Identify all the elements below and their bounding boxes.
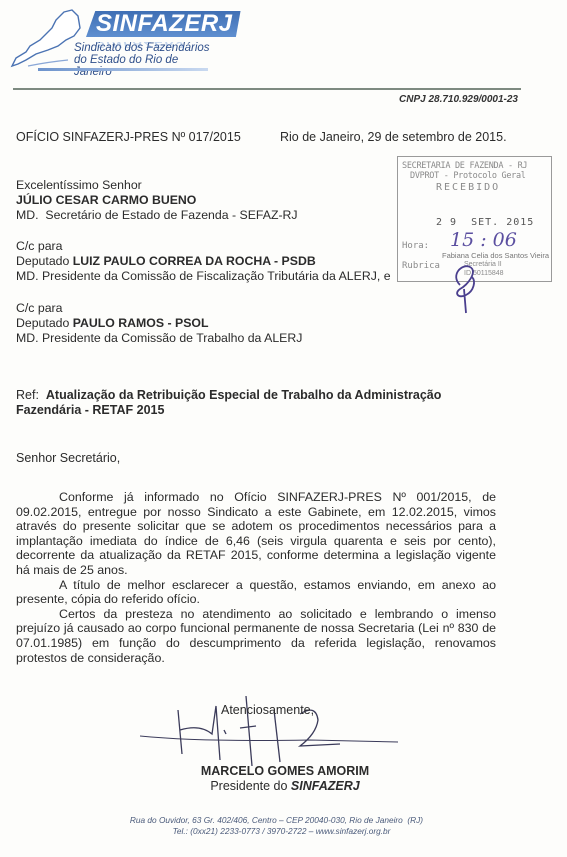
addressee-primary: Excelentíssimo Senhor JÚLIO CESAR CARMO … (16, 178, 298, 223)
cnpj-number: CNPJ 28.710.929/0001-23 (0, 94, 518, 105)
addressee-prefix: Deputado (16, 316, 73, 330)
addressee-cc-1: C/c para Deputado LUIZ PAULO CORREA DA R… (16, 239, 391, 284)
header-divider (13, 88, 521, 90)
addressee-name: JÚLIO CESAR CARMO BUENO (16, 193, 298, 208)
stamp-handwritten-time: 15 : 06 (450, 229, 517, 251)
signer-organization: SINFAZERJ (291, 779, 360, 793)
stamp-date: 2 9 SET. 2015 (436, 217, 534, 228)
addressee-name: LUIZ PAULO CORREA DA ROCHA - PSDB (73, 254, 316, 268)
footer-contact: Tel.: (0xx21) 2233-0773 / 3970-2722 – ww… (0, 826, 567, 836)
addressee-greeting: Excelentíssimo Senhor (16, 178, 298, 193)
stamp-hora-label: Hora: (402, 241, 429, 251)
signer-name: MARCELO GOMES AMORIM (180, 764, 380, 778)
addressee-name: PAULO RAMOS - PSOL (73, 316, 209, 330)
addressee-role: MD. Secretário de Estado de Fazenda - SE… (16, 208, 298, 223)
stamp-division: DVPROT - Protocolo Geral (410, 171, 526, 181)
reference-subject: Ref: Atualização da Retribuição Especial… (16, 388, 496, 418)
stamp-department: SECRETARIA DE FAZENDA - RJ (402, 161, 527, 171)
reference-text: Atualização da Retribuição Especial de T… (16, 388, 441, 417)
addressee-role: MD. Presidente da Comissão de Fiscalizaç… (16, 269, 391, 284)
addressee-greeting: C/c para (16, 239, 391, 254)
stamp-rubrica-label: Rubrica (402, 261, 440, 271)
body-paragraph: A título de melhor esclarecer a questão,… (16, 578, 496, 607)
letter-body: Conforme já informado no Ofício SINFAZER… (16, 490, 496, 665)
footer-address: Rua do Ouvidor, 63 Gr. 402/406, Centro –… (0, 815, 567, 825)
salutation: Senhor Secretário, (16, 451, 120, 465)
signer-position: Presidente do (210, 779, 291, 793)
addressee-role: MD. Presidente da Comissão de Trabalho d… (16, 331, 302, 346)
addressee-prefix: Deputado (16, 254, 73, 268)
subtitle-line-1: Sindicato dos Fazendários (74, 42, 210, 54)
document-reference-number: OFÍCIO SINFAZERJ-PRES Nº 017/2015 (16, 130, 241, 144)
brand-name: SINFAZERJ (86, 11, 241, 37)
place-and-date: Rio de Janeiro, 29 de setembro de 2015. (280, 130, 507, 144)
subtitle-line-2: do Estado do Rio de Janeiro (74, 54, 218, 78)
letterhead-logo: SINFAZERJ SINFAZERJ Sindicato dos Fazend… (8, 6, 218, 70)
handwritten-initials-icon (448, 255, 488, 315)
body-paragraph: Certos da presteza no atendimento ao sol… (16, 607, 496, 665)
logo-underbar (38, 68, 208, 71)
handwritten-signature-icon (140, 690, 400, 770)
addressee-greeting: C/c para (16, 301, 302, 316)
body-paragraph: Conforme já informado no Ofício SINFAZER… (16, 490, 496, 578)
signer-title: Presidente do SINFAZERJ (180, 779, 390, 793)
addressee-cc-2: C/c para Deputado PAULO RAMOS - PSOL MD.… (16, 301, 302, 346)
reference-label: Ref: (16, 388, 39, 402)
valediction: Atenciosamente, (221, 703, 314, 717)
stamp-received: RECEBIDO (436, 182, 500, 193)
